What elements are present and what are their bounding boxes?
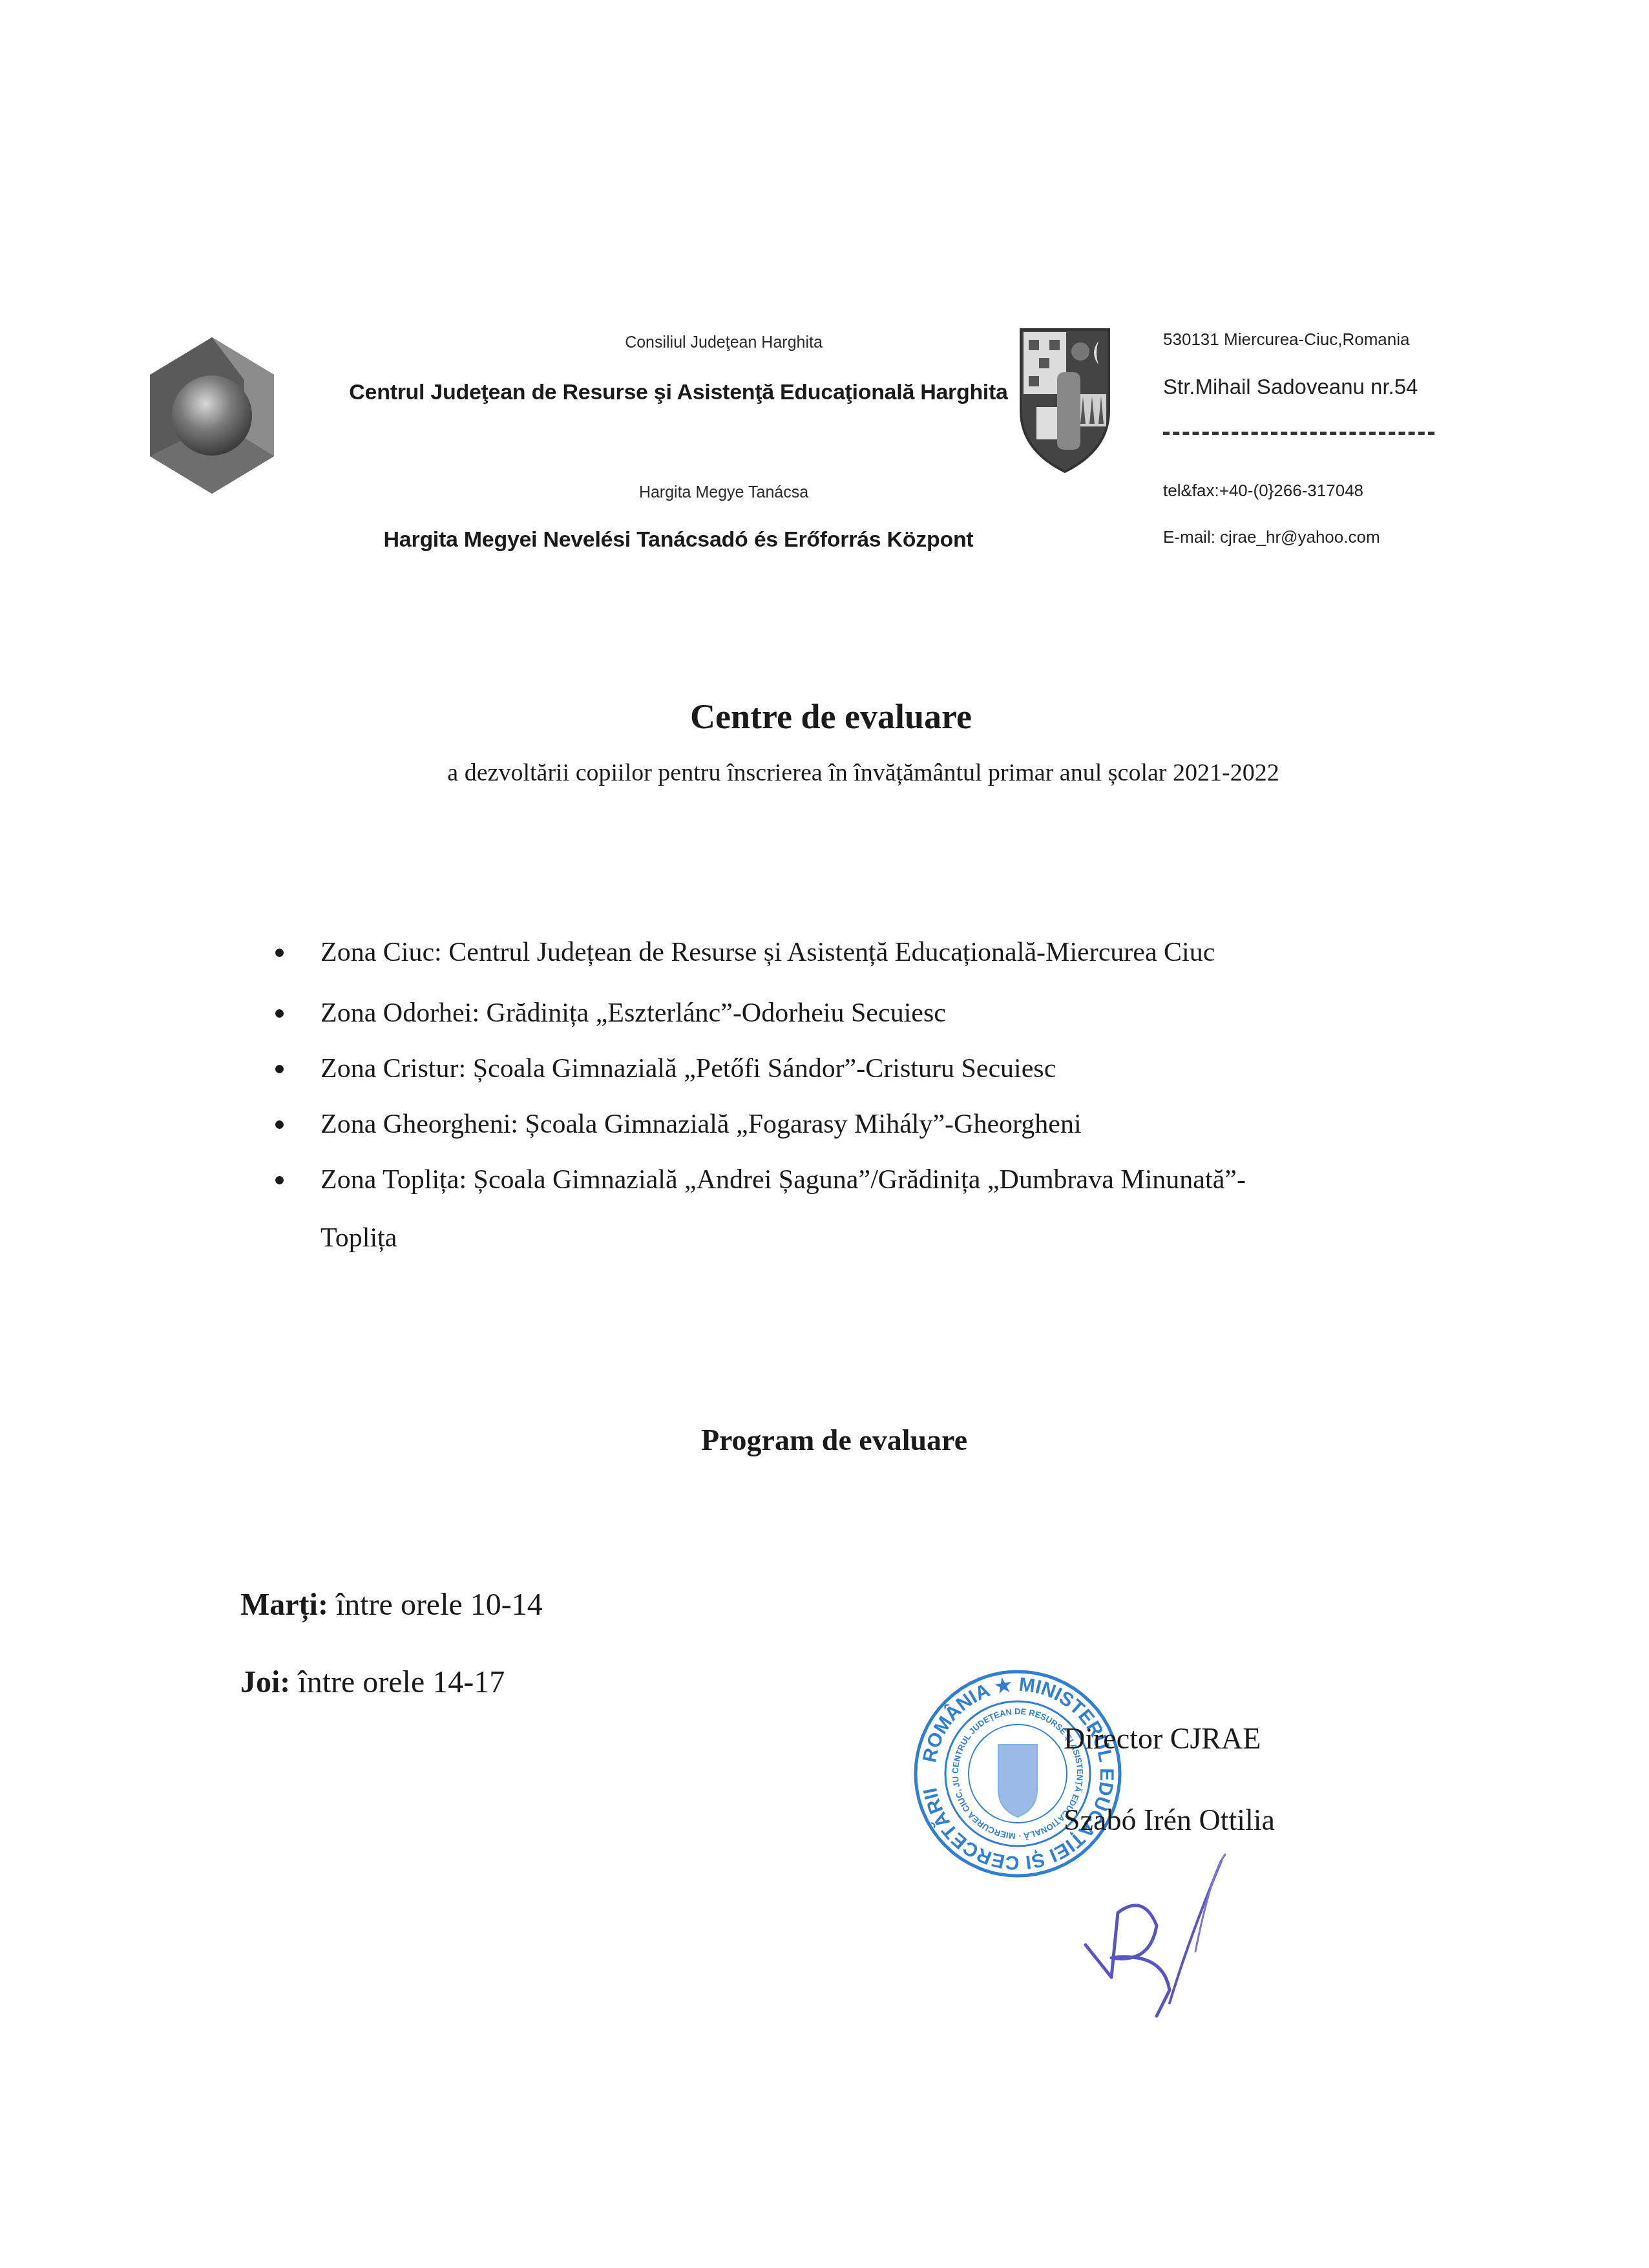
bullet-icon — [275, 1065, 284, 1073]
cjrae-logo-icon — [147, 335, 277, 496]
bullet-icon — [275, 1009, 284, 1018]
center-text: Zona Gheorgheni: Școala Gimnazială „Foga… — [320, 1109, 1082, 1139]
council-name-ro: Consiliul Judeţean Harghita — [388, 333, 1060, 352]
list-item: Zona Ciuc: Centrul Județean de Resurse ș… — [271, 925, 1434, 980]
handwritten-signature-icon — [1073, 1835, 1241, 2029]
center-text: Zona Odorhei: Grădinița „Eszterlánc”-Odo… — [320, 998, 946, 1028]
bullet-icon — [275, 1120, 284, 1129]
address-divider — [1163, 432, 1434, 435]
center-name-ro: Centrul Judeţean de Resurse şi Asistenţă… — [297, 380, 1060, 405]
list-item: Zona Cristur: Școala Gimnazială „Petőfi … — [271, 1042, 1434, 1096]
council-name-hu: Hargita Megye Tanácsa — [388, 483, 1060, 502]
center-text-continuation: Toplița — [320, 1211, 1434, 1265]
document-subtitle: a dezvoltării copiilor pentru înscrierea… — [0, 759, 1649, 787]
center-text: Zona Toplița: Școala Gimnazială „Andrei … — [320, 1165, 1246, 1195]
schedule-day: Marți: — [240, 1588, 328, 1622]
address-email: E-mail: cjrae_hr@yahoo.com — [1163, 527, 1380, 547]
harghita-coat-of-arms-icon — [1018, 327, 1111, 474]
signatory-name: Szabó Irén Ottilia — [1064, 1803, 1275, 1837]
program-title: Program de evaluare — [0, 1423, 1649, 1457]
schedule-hours: între orele 10-14 — [328, 1588, 543, 1622]
signatory-role: Director CJRAE — [1064, 1721, 1261, 1756]
address-city: 530131 Miercurea-Ciuc,Romania — [1163, 330, 1410, 350]
list-item: Zona Gheorgheni: Școala Gimnazială „Foga… — [271, 1097, 1434, 1151]
schedule-hours: între orele 14-17 — [290, 1665, 505, 1699]
address-tel: tel&fax:+40-(0}266-317048 — [1163, 481, 1363, 501]
schedule-row: Marți: între orele 10-14 — [240, 1587, 543, 1622]
address-street: Str.Mihail Sadoveanu nr.54 — [1163, 375, 1418, 399]
evaluation-centers-list: Zona Ciuc: Centrul Județean de Resurse ș… — [271, 925, 1434, 1265]
schedule-day: Joi: — [240, 1665, 290, 1699]
center-name-hu: Hargita Megyei Nevelési Tanácsadó és Erő… — [310, 527, 1047, 552]
list-item: Zona Toplița: Școala Gimnazială „Andrei … — [271, 1153, 1434, 1265]
document-title: Centre de evaluare — [0, 697, 1649, 737]
list-item: Zona Odorhei: Grădinița „Eszterlánc”-Odo… — [271, 986, 1434, 1040]
center-text: Zona Cristur: Școala Gimnazială „Petőfi … — [320, 1054, 1056, 1084]
schedule-row: Joi: între orele 14-17 — [240, 1664, 505, 1700]
bullet-icon — [275, 949, 284, 957]
bullet-icon — [275, 1176, 284, 1184]
center-text: Zona Ciuc: Centrul Județean de Resurse ș… — [320, 938, 1215, 967]
